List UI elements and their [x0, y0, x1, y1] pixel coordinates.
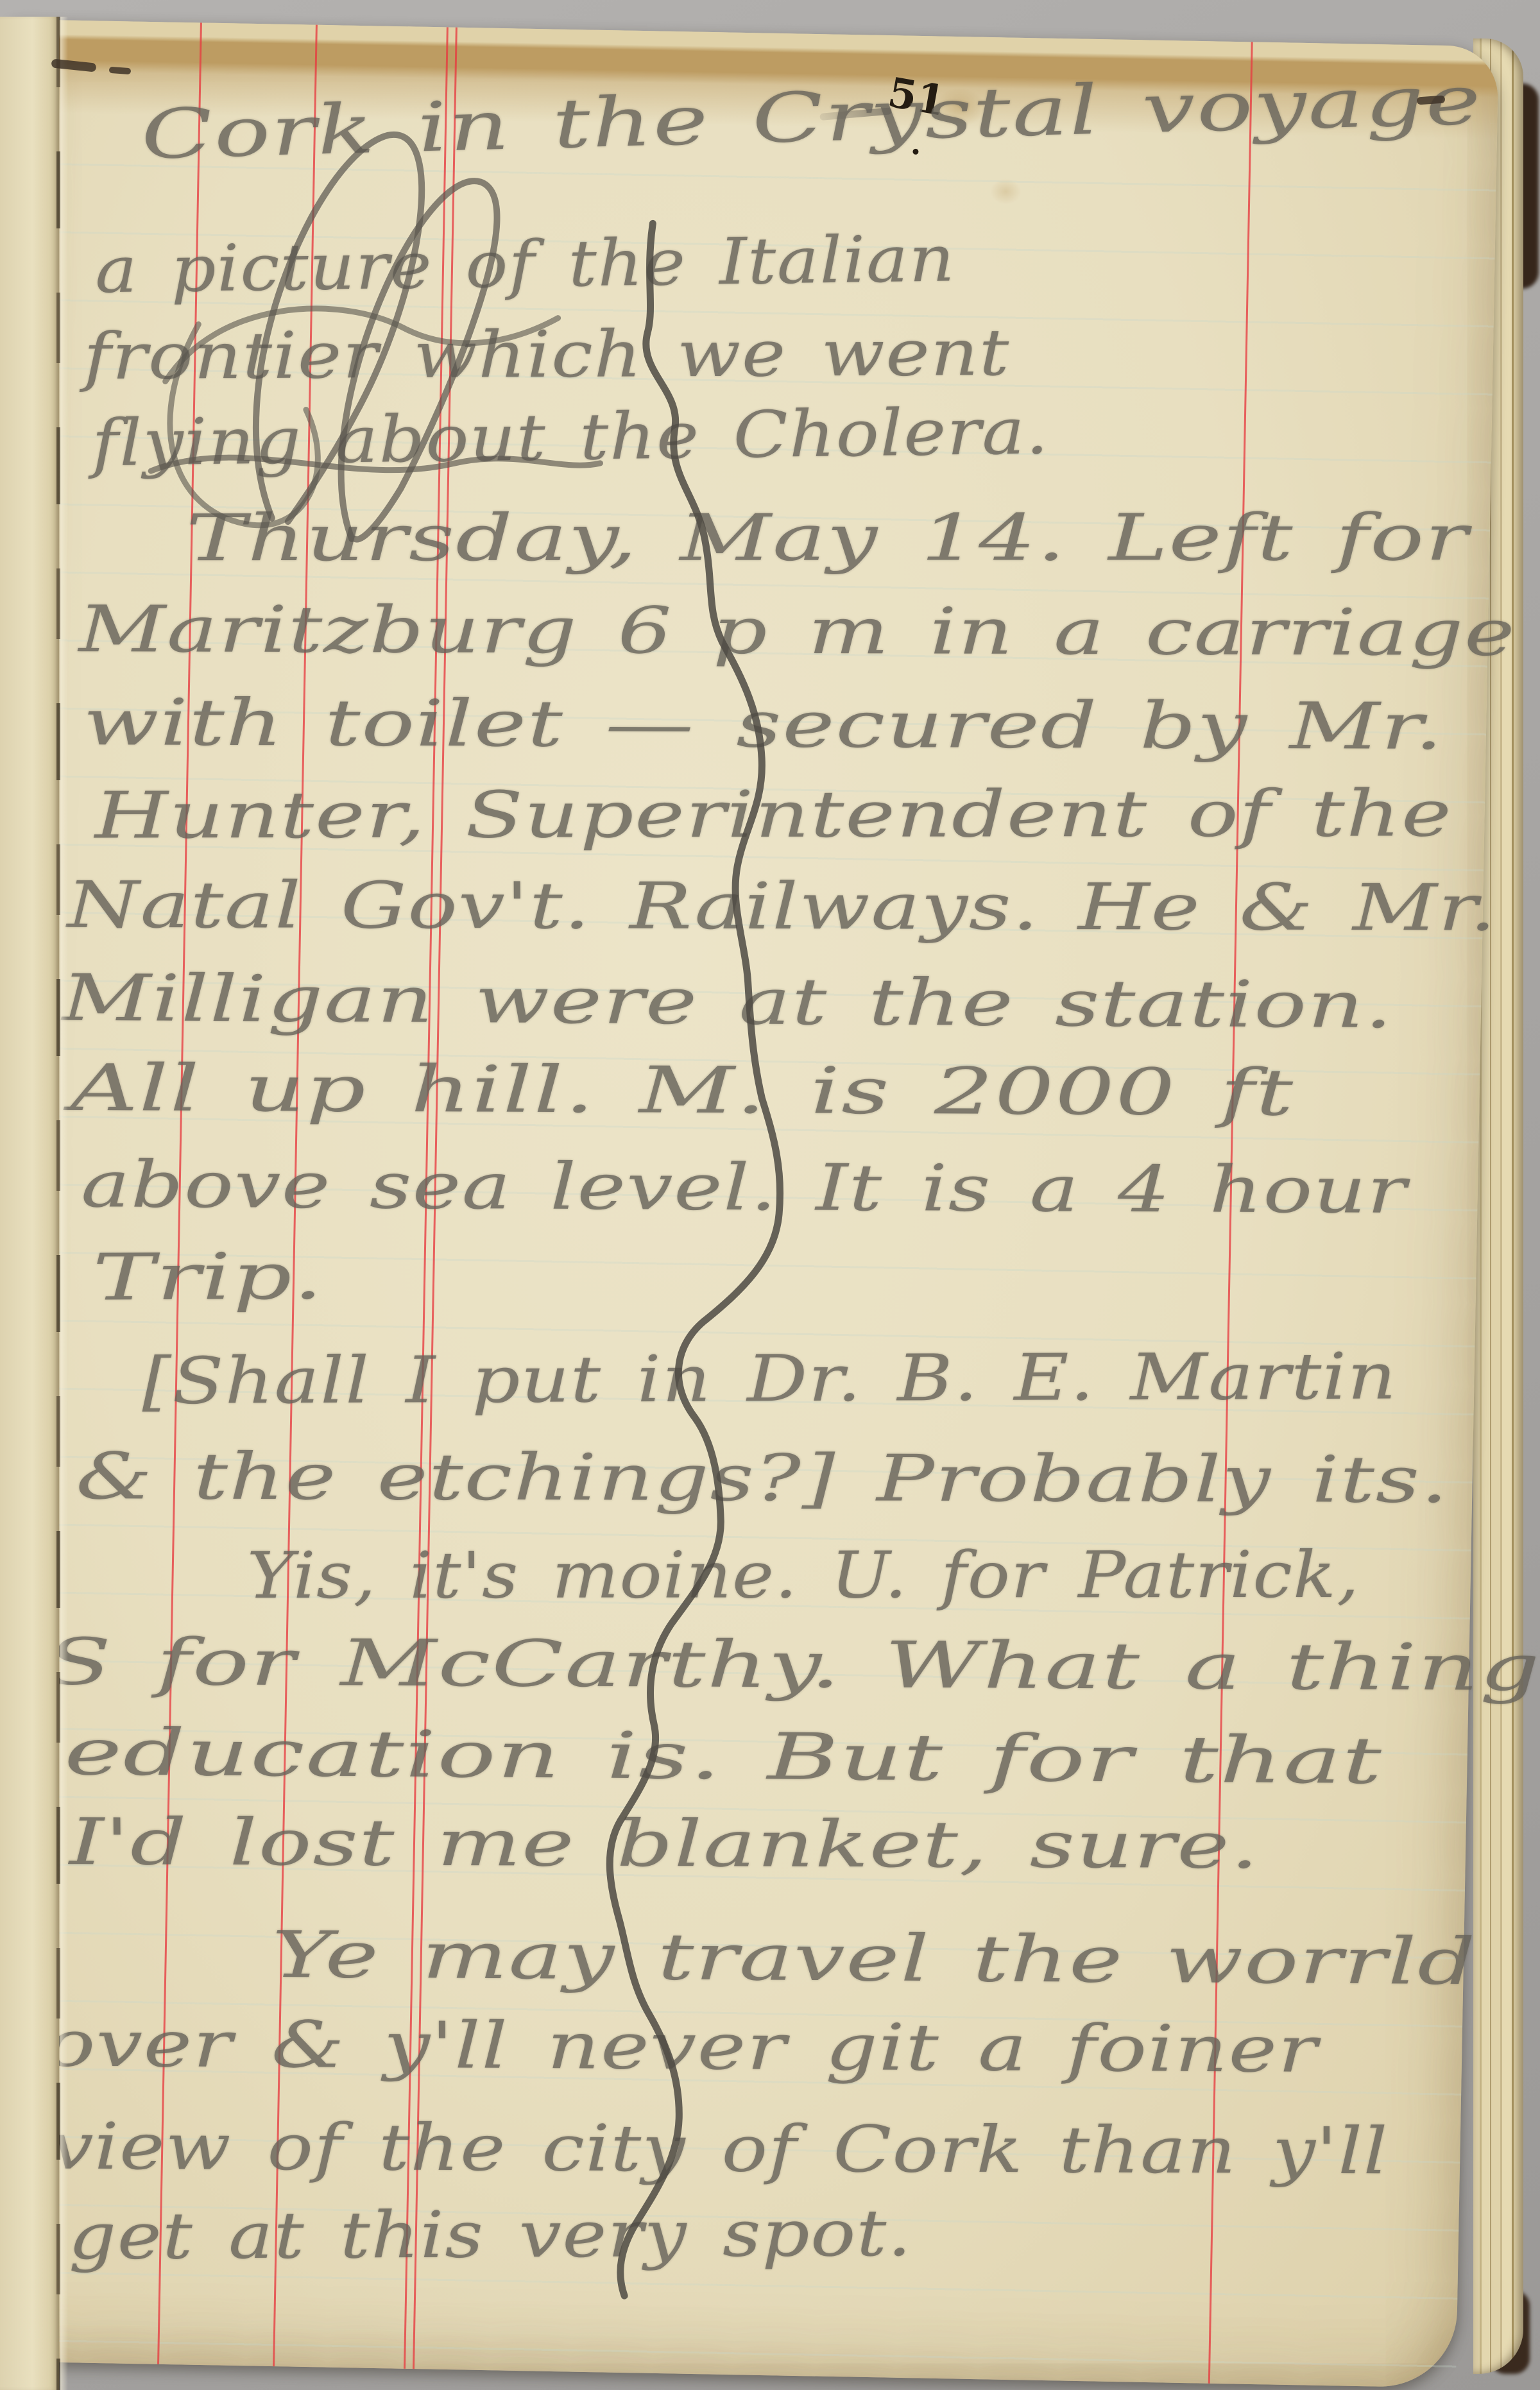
handwritten-line: flying about the Cholera. [91, 393, 1050, 481]
handwritten-line: with toilet — secured by Mr. [83, 685, 1444, 764]
handwritten-line: [Shall I put in Dr. B. E. Martin [141, 1338, 1397, 1419]
handwritten-line: Yis, it's moine. U. for Patrick, [247, 1537, 1360, 1613]
handwritten-line: above sea level. It is a 4 hour [81, 1147, 1407, 1228]
notebook-scan: 51 Cork in the Crystal voyage a picture … [0, 0, 1540, 2390]
handwritten-line: a picture of the Italian [94, 221, 956, 307]
torn-paper-fibers [60, 17, 68, 2390]
handwritten-line: & the etchings?] Probably its. [75, 1438, 1449, 1517]
handwritten-line: view of the city of Cork than y'll [50, 2109, 1388, 2189]
handwritten-line: get at this very spot. [68, 2196, 912, 2274]
paper-stain [990, 178, 1022, 205]
handwritten-line: S for McCarthy. What a thing [46, 1624, 1540, 1705]
previous-page-stub [0, 17, 59, 2390]
handwritten-line: I'd lost me blanket, sure. [69, 1804, 1260, 1883]
handwritten-line: Cork in the Crystal voyage [139, 60, 1484, 174]
handwritten-line: Thursday, May 14. Left for [185, 500, 1469, 576]
handwritten-line: All up hill. M. is 2000 ft [70, 1050, 1295, 1131]
handwritten-line: education is. But for that [64, 1714, 1383, 1798]
handwritten-line: Ye may travel the worrld [272, 1917, 1476, 1999]
handwritten-line: Natal Gov't. Railways. He & Mr. [67, 867, 1497, 946]
notebook-page: 51 Cork in the Crystal voyage a picture … [0, 19, 1499, 2388]
handwritten-line: Hunter, Superintendent of the [94, 776, 1453, 853]
handwritten-line: over & y'll never git a foiner [46, 2006, 1318, 2087]
handwritten-line: Maritzburg 6 p m in a carriage [78, 592, 1516, 670]
handwritten-line: Trip. [92, 1239, 324, 1315]
handwritten-line: frontier which we went [83, 315, 1010, 394]
handwritten-line: Milligan were at the station. [62, 960, 1393, 1043]
